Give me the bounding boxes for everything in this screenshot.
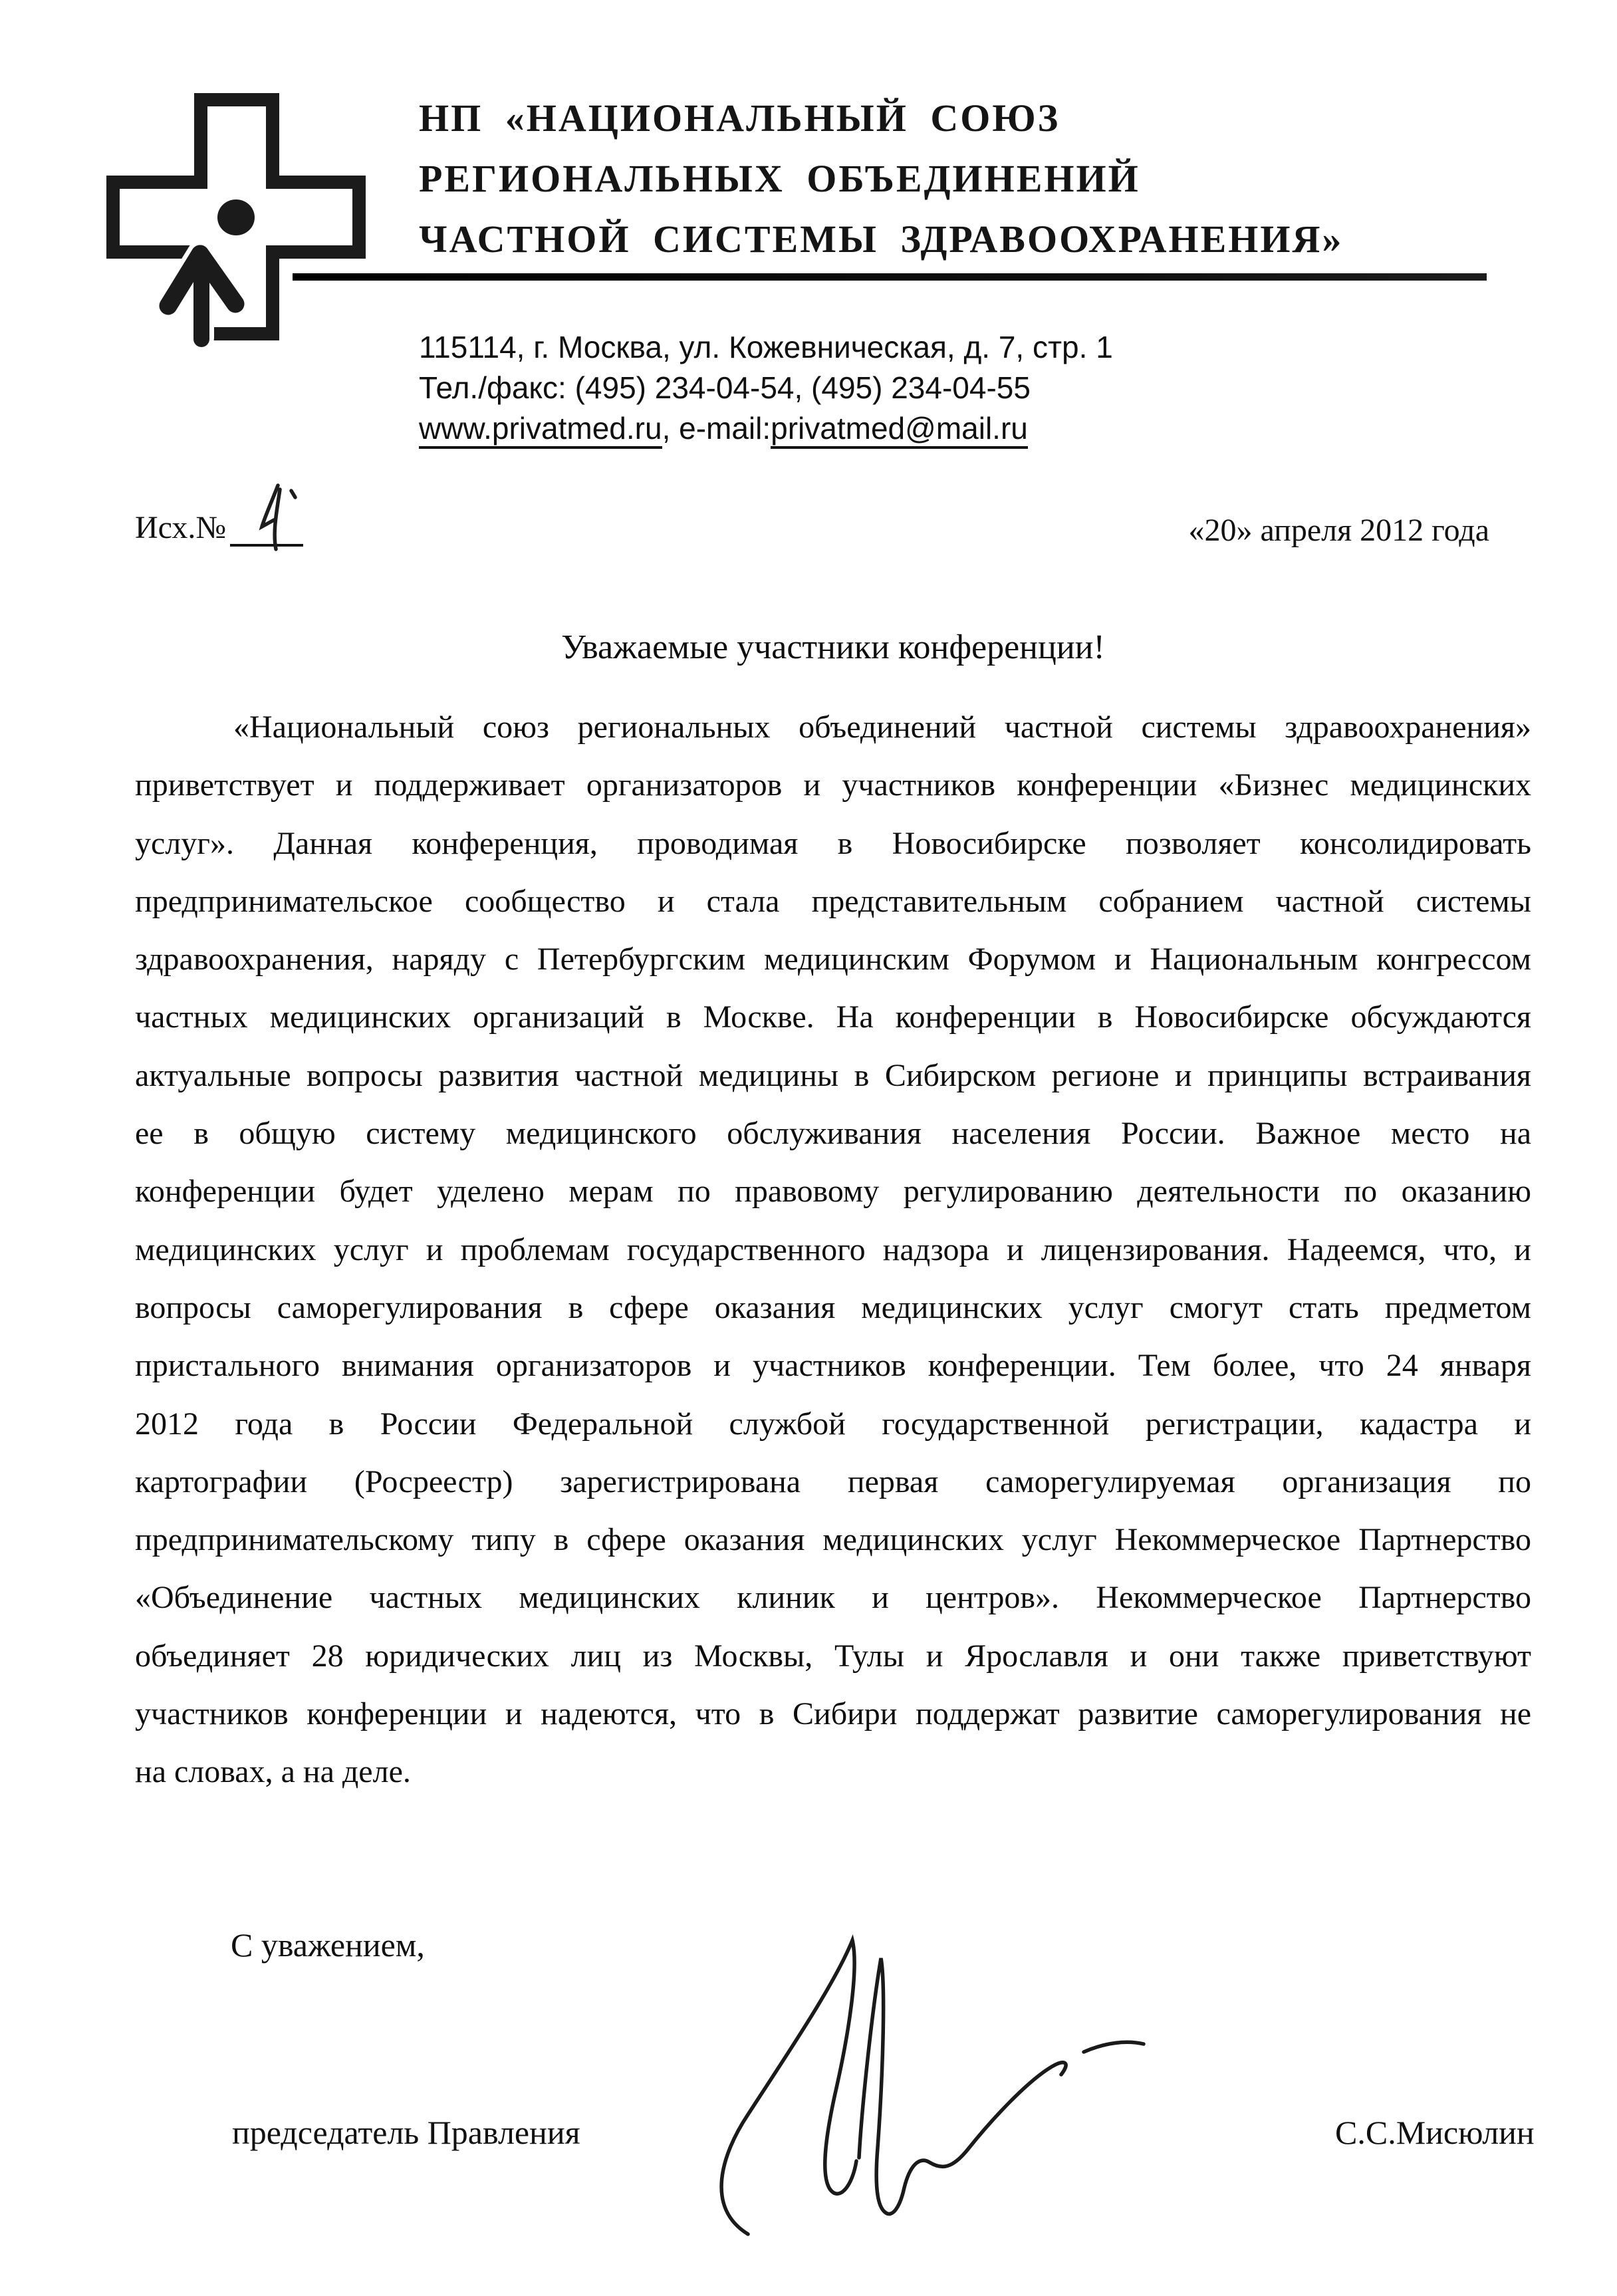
body-line: пристального внимания организаторов и уч… xyxy=(135,1337,1531,1394)
body-line: 2012 года в России Федеральной службой г… xyxy=(135,1395,1531,1453)
phone-fax-line: Тел./факс: (495) 234-04-54, (495) 234-04… xyxy=(419,368,1283,408)
outgoing-number-label: Исх.№ xyxy=(135,509,226,546)
signer-position: председатель Правления xyxy=(232,2113,580,2152)
closing-regards: С уважением, xyxy=(231,1926,425,1964)
address-block: 115114, г. Москва, ул. Кожевническая, д.… xyxy=(419,327,1283,449)
logo-center-dot xyxy=(217,199,255,235)
site-email-separator: , e-mail: xyxy=(662,411,771,446)
body-line: участников конференции и надеются, что в… xyxy=(135,1685,1531,1743)
signer-name: С.С.Мисюлин xyxy=(1335,2113,1535,2152)
org-name-line3: ЧАСТНОЙ СИСТЕМЫ ЗДРАВООХРАНЕНИЯ» xyxy=(419,209,1456,269)
letterhead-rule xyxy=(293,273,1487,281)
body-line: вопросы саморегулирования в сфере оказан… xyxy=(135,1279,1531,1337)
letter-page: НП «НАЦИОНАЛЬНЫЙ СОЮЗ РЕГИОНАЛЬНЫХ ОБЪЕД… xyxy=(0,0,1617,2296)
body-line: объединяет 28 юридических лиц из Москвы,… xyxy=(135,1627,1531,1685)
body-line: конференции будет уделено мерам по право… xyxy=(135,1162,1531,1220)
body-line: здравоохранения, наряду с Петербургским … xyxy=(135,930,1531,988)
body-line: частных медицинских организаций в Москве… xyxy=(135,988,1531,1046)
address-line: 115114, г. Москва, ул. Кожевническая, д.… xyxy=(419,327,1283,368)
email-address: privatmed@mail.ru xyxy=(771,411,1028,449)
web-email-line: www.privatmed.ru, e-mail:privatmed@mail.… xyxy=(419,408,1283,449)
body-line: ее в общую систему медицинского обслужив… xyxy=(135,1104,1531,1162)
body-line: услуг». Данная конференция, проводимая в… xyxy=(135,815,1531,872)
salutation: Уважаемые участники конференции! xyxy=(135,628,1531,667)
body-line: предпринимательскому типу в сфере оказан… xyxy=(135,1511,1531,1569)
body-line: медицинских услуг и проблемам государств… xyxy=(135,1221,1531,1279)
body-line: картографии (Росреестр) зарегистрирована… xyxy=(135,1453,1531,1511)
handwritten-signature xyxy=(685,1922,1164,2241)
org-name: НП «НАЦИОНАЛЬНЫЙ СОЮЗ РЕГИОНАЛЬНЫХ ОБЪЕД… xyxy=(419,88,1456,269)
body-line: предпринимательское сообщество и стала п… xyxy=(135,872,1531,930)
body-line: «Национальный союз региональных объедине… xyxy=(135,698,1531,756)
org-name-line2: РЕГИОНАЛЬНЫХ ОБЪЕДИНЕНИЙ xyxy=(419,148,1456,209)
org-name-line1: НП «НАЦИОНАЛЬНЫЙ СОЮЗ xyxy=(419,88,1456,148)
body-line: актуальные вопросы развития частной меди… xyxy=(135,1047,1531,1104)
website-url: www.privatmed.ru xyxy=(419,411,662,449)
body-line: «Объединение частных медицинских клиник … xyxy=(135,1569,1531,1626)
letter-body: «Национальный союз региональных объедине… xyxy=(135,698,1531,1801)
medical-cross-arrow-logo xyxy=(100,86,372,347)
handwritten-outgoing-number xyxy=(258,483,302,552)
body-line: приветствует и поддерживает организаторо… xyxy=(135,756,1531,814)
body-line: на словах, а на деле. xyxy=(135,1743,1531,1801)
letter-date: «20» апреля 2012 года xyxy=(1130,512,1489,549)
